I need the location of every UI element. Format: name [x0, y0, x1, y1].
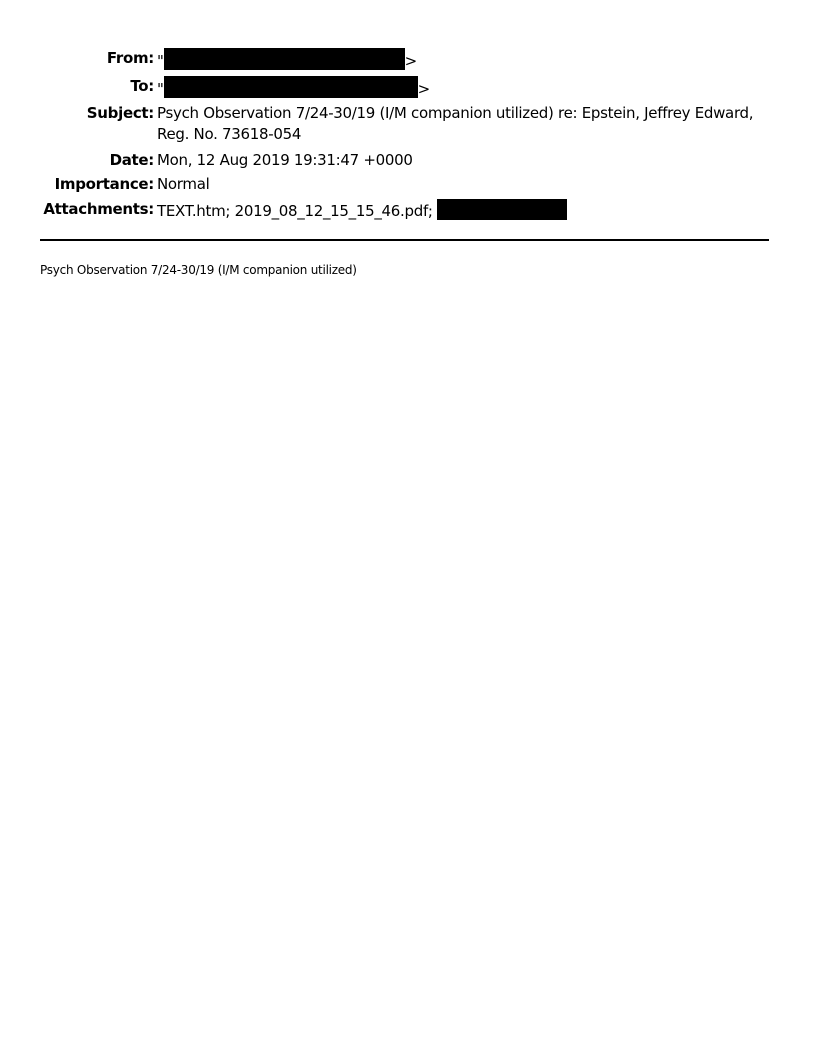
attachments-row: Attachments: TEXT.htm; 2019_08_12_15_15_…	[0, 199, 816, 221]
from-suffix: >	[405, 52, 417, 70]
subject-label: Subject:	[0, 103, 157, 145]
from-value: ">	[157, 48, 816, 71]
subject-row: Subject: Psych Observation 7/24-30/19 (I…	[0, 103, 816, 145]
from-row: From: ">	[0, 48, 816, 71]
redaction-box	[164, 76, 418, 98]
to-prefix: "	[157, 80, 164, 98]
header-divider	[40, 239, 769, 241]
to-row: To: ">	[0, 76, 816, 99]
email-body: Psych Observation 7/24-30/19 (I/M compan…	[40, 263, 357, 277]
from-prefix: "	[157, 52, 164, 70]
attachments-label: Attachments:	[0, 199, 157, 221]
redaction-box	[164, 48, 405, 70]
importance-row: Importance: Normal	[0, 174, 816, 194]
email-header: From: "> To: "> Subject: Psych Observati…	[0, 48, 816, 225]
to-suffix: >	[418, 80, 430, 98]
from-label: From:	[0, 48, 157, 71]
importance-value: Normal	[157, 174, 816, 194]
redaction-box	[437, 199, 567, 220]
date-label: Date:	[0, 150, 157, 170]
to-label: To:	[0, 76, 157, 99]
subject-value: Psych Observation 7/24-30/19 (I/M compan…	[157, 103, 816, 145]
importance-label: Importance:	[0, 174, 157, 194]
date-row: Date: Mon, 12 Aug 2019 19:31:47 +0000	[0, 150, 816, 170]
attachments-list: TEXT.htm; 2019_08_12_15_15_46.pdf;	[157, 202, 433, 220]
attachments-value: TEXT.htm; 2019_08_12_15_15_46.pdf;	[157, 199, 816, 221]
to-value: ">	[157, 76, 816, 99]
date-value: Mon, 12 Aug 2019 19:31:47 +0000	[157, 150, 816, 170]
